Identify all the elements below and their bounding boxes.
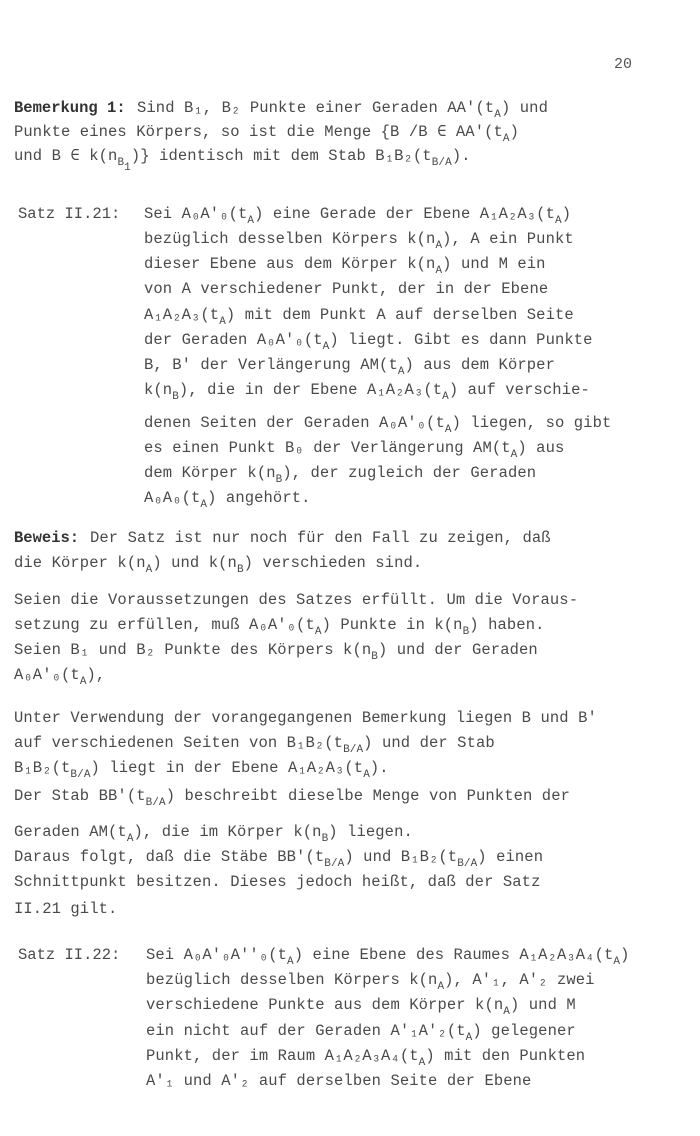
text-line: Seien die Voraussetzungen des Satzes erf… [14,590,578,610]
text-line: Punkte eines Körpers, so ist die Menge {… [14,122,519,142]
text-line: und B ∈ k(nB1)} identisch mit dem Stab B… [14,146,471,168]
text-line: A'₁ und A'₂ auf derselben Seite der Eben… [146,1071,531,1091]
text-line: k(nB), die in der Ebene A₁A₂A₃(tA) auf v… [144,380,590,400]
text-line: II.21 gilt. [14,899,117,919]
text-line: B, B' der Verlängerung AM(tA) aus dem Kö… [144,355,555,375]
satz-21-label: Satz II.21: [18,204,120,224]
text-line: dem Körper k(nB), der zugleich der Gerad… [144,463,536,483]
text-line: Unter Verwendung der vorangegangenen Bem… [14,708,597,728]
text-line: Sei A₀A'₀(tA) eine Gerade der Ebene A₁A₂… [144,204,571,224]
satz-22-label: Satz II.22: [18,945,120,965]
text-line: Sind B₁, B₂ Punkte einer Geraden AA'(tA)… [137,98,548,118]
text-line: der Geraden A₀A'₀(tA) liegt. Gibt es dan… [144,330,593,350]
text-line: Daraus folgt, daß die Stäbe BB'(tB/A) un… [14,847,543,867]
text-line: A₀A₀(tA) angehört. [144,488,311,508]
text-line: Der Satz ist nur noch für den Fall zu ze… [90,528,551,548]
beweis-label: Beweis: [14,528,79,548]
text-line: es einen Punkt B₀ der Verlängerung AM(tA… [144,438,564,458]
text-line: Geraden AM(tA), die im Körper k(nB) lieg… [14,822,413,842]
text-line: Der Stab BB'(tB/A) beschreibt dieselbe M… [14,786,570,806]
bemerkung-label: Bemerkung 1: [14,98,126,118]
text-line: dieser Ebene aus dem Körper k(nA) und M … [144,254,546,274]
text-line: Schnittpunkt besitzen. Dieses jedoch hei… [14,872,540,892]
text-line: verschiedene Punkte aus dem Körper k(nA)… [146,995,576,1015]
text-line: B₁B₂(tB/A) liegt in der Ebene A₁A₂A₃(tA)… [14,758,389,778]
text-line: ein nicht auf der Geraden A'₁A'₂(tA) gel… [146,1021,576,1041]
text-line: die Körper k(nA) und k(nB) verschieden s… [14,553,422,573]
text-line: Seien B₁ und B₂ Punkte des Körpers k(nB)… [14,640,538,660]
text-line: setzung zu erfüllen, muß A₀A'₀(tA) Punkt… [14,615,545,635]
page-number: 20 [614,56,632,73]
text-line: von A verschiedener Punkt, der in der Eb… [144,279,548,299]
text-line: A₀A'₀(tA), [14,665,105,685]
text-line: A₁A₂A₃(tA) mit dem Punkt A auf derselben… [144,305,574,325]
text-line: bezüglich desselben Körpers k(nA), A ein… [144,229,574,249]
text-line: auf verschiedenen Seiten von B₁B₂(tB/A) … [14,733,495,753]
text-line: bezüglich desselben Körpers k(nA), A'₁, … [146,970,595,990]
text-line: Punkt, der im Raum A₁A₂A₃A₄(tA) mit den … [146,1046,585,1066]
text-line: denen Seiten der Geraden A₀A'₀(tA) liege… [144,413,611,433]
text-line: Sei A₀A'₀A''₀(tA) eine Ebene des Raumes … [146,945,630,965]
